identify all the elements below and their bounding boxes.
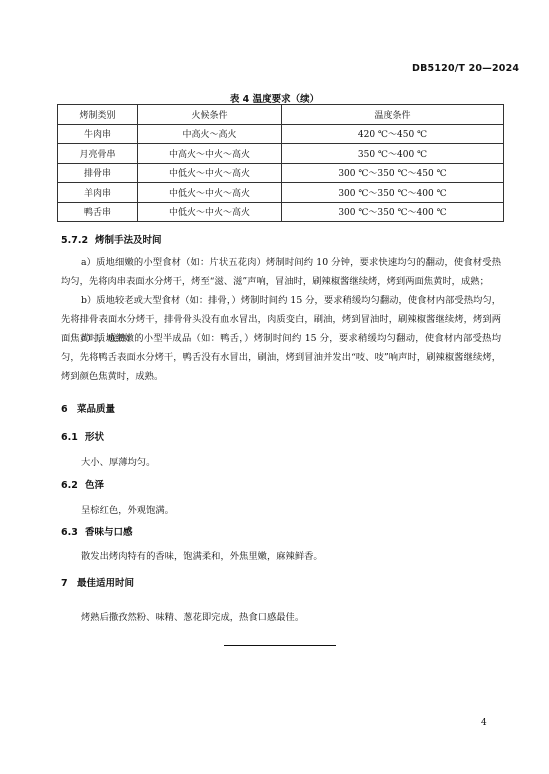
color-text: 呈棕红色，外观饱满。 bbox=[81, 502, 174, 516]
paragraph-item-c: c）质地细嫩的小型半成品（如：鸭舌，）烤制时间约 15 分，要求稍缓均匀翻动，使… bbox=[61, 329, 501, 386]
section-title: 烤制手法及时间 bbox=[95, 235, 162, 246]
best-time-text: 烤熟后撒孜然粉、味精、葱花即完成，热食口感最佳。 bbox=[81, 609, 304, 623]
table-cell: 月亮骨串 bbox=[58, 144, 138, 164]
table-cell: 300 ℃～350 ℃～450 ℃ bbox=[282, 163, 504, 183]
section-number: 5.7.2 bbox=[61, 235, 95, 246]
table-cell: 中低火～中火～高火 bbox=[138, 202, 282, 222]
paragraph-item-a: a）质地细嫩的小型食材（如：片状五花肉）烤制时间约 10 分钟，要求快速均匀的翻… bbox=[61, 253, 501, 291]
table-cell: 鸭舌串 bbox=[58, 202, 138, 222]
temperature-table: 烤制类别 火候条件 温度条件 牛肉串 中高火～高火 420 ℃～450 ℃ 月亮… bbox=[57, 104, 504, 222]
section-heading-5-7-2: 5.7.2烤制手法及时间 bbox=[61, 232, 162, 246]
table-cell: 羊肉串 bbox=[58, 183, 138, 203]
column-header: 火候条件 bbox=[138, 105, 282, 125]
section-number: 7 bbox=[61, 578, 77, 589]
section-title: 菜品质量 bbox=[77, 404, 115, 415]
page-number: 4 bbox=[481, 718, 487, 728]
section-title: 色泽 bbox=[85, 480, 104, 491]
table-row: 羊肉串 中低火～中火～高火 300 ℃～350 ℃～400 ℃ bbox=[58, 183, 504, 203]
table-row: 排骨串 中低火～中火～高火 300 ℃～350 ℃～450 ℃ bbox=[58, 163, 504, 183]
table-cell: 350 ℃～400 ℃ bbox=[282, 144, 504, 164]
table-cell: 中低火～中火～高火 bbox=[138, 183, 282, 203]
table-header-row: 烤制类别 火候条件 温度条件 bbox=[58, 105, 504, 125]
table-cell: 牛肉串 bbox=[58, 124, 138, 144]
aroma-text: 散发出烤肉特有的香味，饱满柔和，外焦里嫩，麻辣鲜香。 bbox=[81, 548, 323, 562]
document-code: DB5120/T 20—2024 bbox=[412, 63, 519, 74]
table-cell: 300 ℃～350 ℃～400 ℃ bbox=[282, 202, 504, 222]
table-row: 月亮骨串 中高火～中火～高火 350 ℃～400 ℃ bbox=[58, 144, 504, 164]
section-heading-6-2: 6.2色泽 bbox=[61, 477, 104, 491]
section-number: 6.3 bbox=[61, 527, 85, 538]
section-heading-6-3: 6.3香味与口感 bbox=[61, 524, 133, 538]
table-title: 表 4 温度要求（续） bbox=[0, 91, 549, 105]
table-cell: 中高火～高火 bbox=[138, 124, 282, 144]
section-title: 形状 bbox=[85, 432, 104, 443]
section-number: 6.2 bbox=[61, 480, 85, 491]
table-cell: 420 ℃～450 ℃ bbox=[282, 124, 504, 144]
table-cell: 中低火～中火～高火 bbox=[138, 163, 282, 183]
table-cell: 中高火～中火～高火 bbox=[138, 144, 282, 164]
section-heading-6-1: 6.1形状 bbox=[61, 429, 104, 443]
shape-text: 大小、厚薄均匀。 bbox=[81, 454, 155, 468]
table-cell: 排骨串 bbox=[58, 163, 138, 183]
end-rule-divider bbox=[224, 645, 336, 646]
table-cell: 300 ℃～350 ℃～400 ℃ bbox=[282, 183, 504, 203]
table-row: 牛肉串 中高火～高火 420 ℃～450 ℃ bbox=[58, 124, 504, 144]
section-heading-6: 6菜品质量 bbox=[61, 401, 115, 415]
column-header: 温度条件 bbox=[282, 105, 504, 125]
section-title: 香味与口感 bbox=[85, 527, 133, 538]
section-number: 6 bbox=[61, 404, 77, 415]
section-title: 最佳适用时间 bbox=[77, 578, 134, 589]
section-number: 6.1 bbox=[61, 432, 85, 443]
section-heading-7: 7最佳适用时间 bbox=[61, 575, 134, 589]
column-header: 烤制类别 bbox=[58, 105, 138, 125]
table-row: 鸭舌串 中低火～中火～高火 300 ℃～350 ℃～400 ℃ bbox=[58, 202, 504, 222]
